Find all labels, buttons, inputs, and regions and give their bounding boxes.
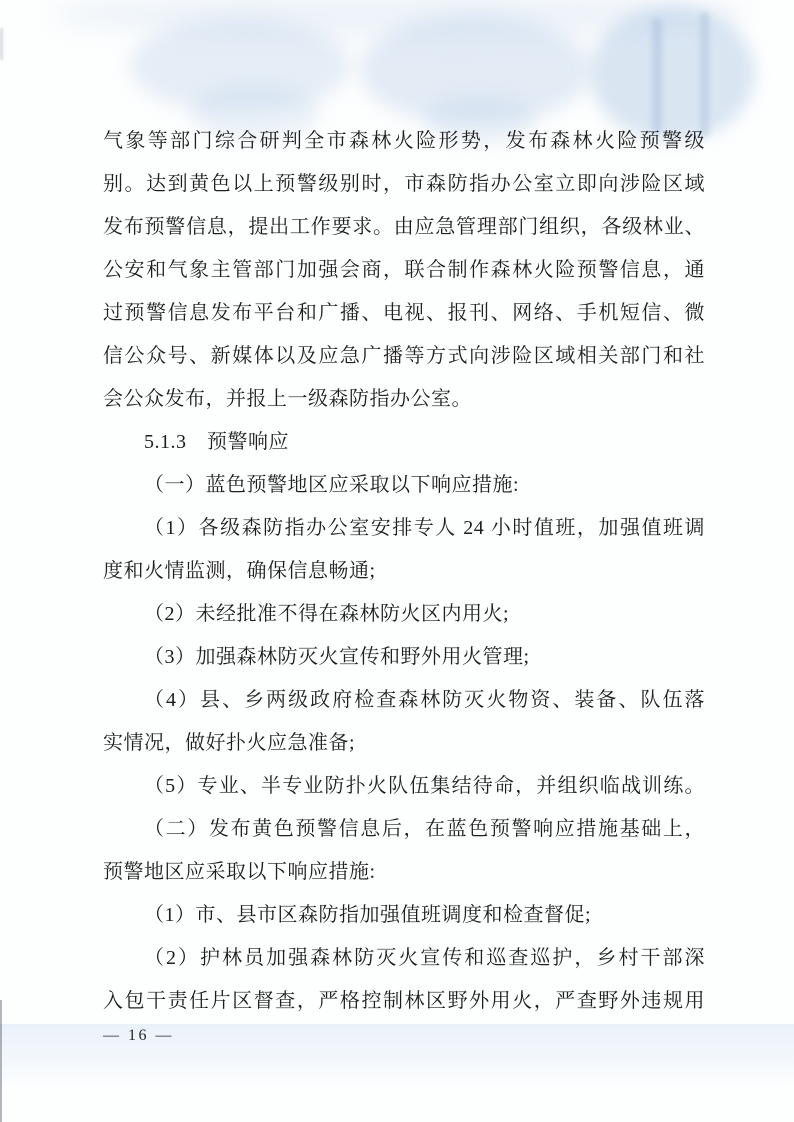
scan-edge-line <box>0 1000 2 1122</box>
text-line: 发布预警信息，提出工作要求。由应急管理部门组织，各级林业、 <box>103 206 705 249</box>
text-line: 入包干责任片区督查，严格控制林区野外用火，严查野外违规用 <box>103 980 705 1023</box>
text-line: （2）未经批准不得在森林防火区内用火; <box>103 593 705 636</box>
text-line: （一）蓝色预警地区应采取以下响应措施: <box>103 464 705 507</box>
section-heading: 5.1.3 预警响应 <box>103 421 705 464</box>
document-page: 气象等部门综合研判全市森林火险形势，发布森林火险预警级 别。达到黄色以上预警级别… <box>0 0 794 1122</box>
scan-bleedthrough-artifact <box>130 18 350 113</box>
text-line: 预警地区应采取以下响应措施: <box>103 851 705 894</box>
text-line: 别。达到黄色以上预警级别时，市森防指办公室立即向涉险区域 <box>103 163 705 206</box>
scan-bleedthrough-artifact <box>50 0 750 37</box>
text-line: 过预警信息发布平台和广播、电视、报刊、网络、手机短信、微 <box>103 292 705 335</box>
text-line: 信公众号、新媒体以及应急广播等方式向涉险区域相关部门和社 <box>103 335 705 378</box>
text-line: （2）护林员加强森林防灭火宣传和巡查巡护，乡村干部深 <box>103 937 705 980</box>
scan-bleedthrough-artifact <box>652 18 662 133</box>
scan-edge-mark <box>0 28 3 60</box>
text-line: 公安和气象主管部门加强会商，联合制作森林火险预警信息，通 <box>103 249 705 292</box>
text-line: （二）发布黄色预警信息后，在蓝色预警响应措施基础上， <box>103 808 705 851</box>
scan-bleedthrough-artifact <box>360 15 590 125</box>
text-line: （5）专业、半专业防扑火队伍集结待命，并组织临战训练。 <box>103 765 705 808</box>
page-number: — 16 — <box>103 1027 174 1045</box>
text-line: （1）各级森防指办公室安排专人 24 小时值班，加强值班调 <box>103 507 705 550</box>
body-text: 气象等部门综合研判全市森林火险形势，发布森林火险预警级 别。达到黄色以上预警级别… <box>103 120 705 1023</box>
text-line: （1）市、县市区森防指加强值班调度和检查督促; <box>103 894 705 937</box>
text-line: 气象等部门综合研判全市森林火险形势，发布森林火险预警级 <box>103 120 705 163</box>
text-line: （3）加强森林防灭火宣传和野外用火管理; <box>103 636 705 679</box>
scan-bleedthrough-artifact <box>700 12 709 137</box>
text-line: 实情况，做好扑火应急准备; <box>103 722 705 765</box>
text-line: （4）县、乡两级政府检查森林防灭火物资、装备、队伍落 <box>103 679 705 722</box>
text-line: 会公众发布，并报上一级森防指办公室。 <box>103 378 705 421</box>
text-line: 度和火情监测，确保信息畅通; <box>103 550 705 593</box>
